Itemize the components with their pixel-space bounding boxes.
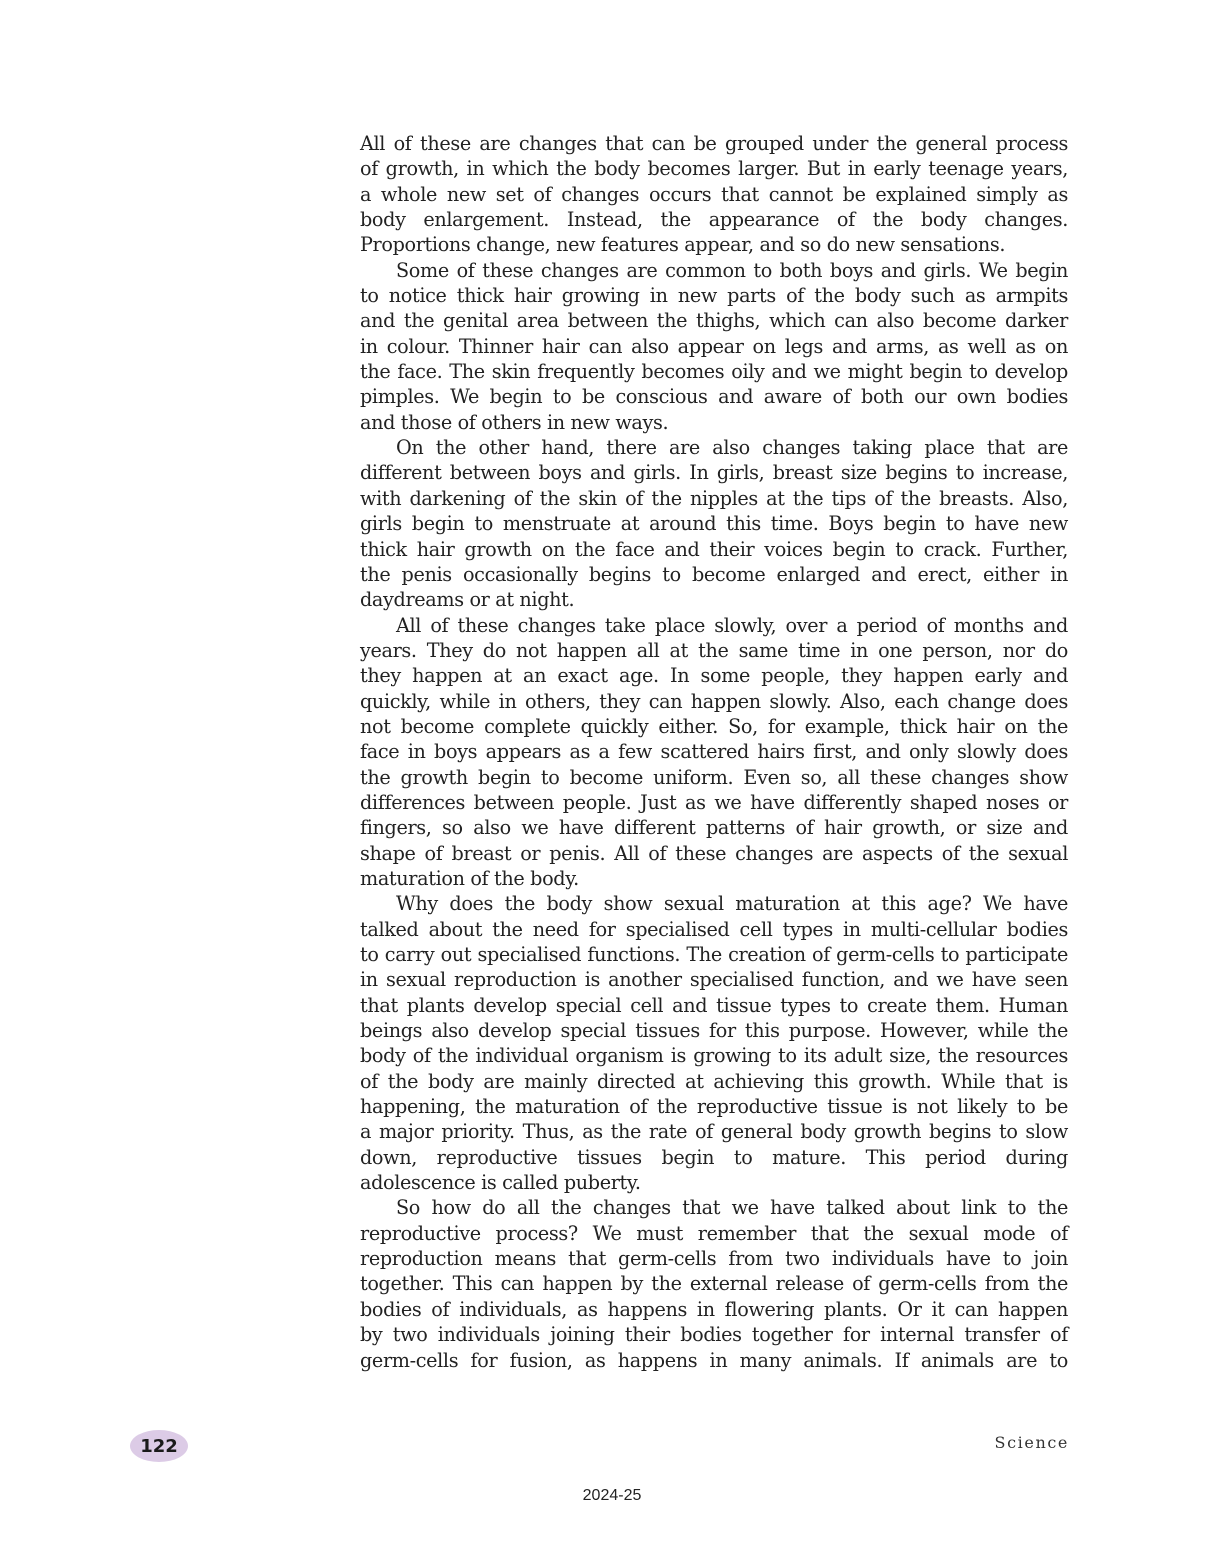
text-line: beings also develop special tissues for … (360, 1018, 1068, 1043)
year-label: 2024-25 (0, 1487, 1224, 1505)
text-line: thick hair growth on the face and their … (360, 537, 1068, 562)
text-line: together. This can happen by the externa… (360, 1271, 1068, 1296)
text-line: shape of breast or penis. All of these c… (360, 841, 1068, 866)
text-line: daydreams or at night. (360, 587, 1068, 612)
text-line: down, reproductive tissues begin to matu… (360, 1145, 1068, 1170)
paragraph: Why does the body show sexual maturation… (360, 891, 1068, 1195)
text-line: germ-cells for fusion, as happens in man… (360, 1348, 1068, 1373)
page-number-badge: 122 (130, 1430, 188, 1462)
running-head: Science (995, 1433, 1069, 1452)
text-line: pimples. We begin to be conscious and aw… (360, 384, 1068, 409)
text-line: the face. The skin frequently becomes oi… (360, 359, 1068, 384)
text-line: reproduction means that germ-cells from … (360, 1246, 1068, 1271)
page-number: 122 (140, 1436, 178, 1457)
text-line: happening, the maturation of the reprodu… (360, 1094, 1068, 1119)
text-line: differences between people. Just as we h… (360, 790, 1068, 815)
text-line: maturation of the body. (360, 866, 1068, 891)
text-line: the penis occasionally begins to become … (360, 562, 1068, 587)
text-line: All of these changes take place slowly, … (360, 613, 1068, 638)
text-line: On the other hand, there are also change… (360, 435, 1068, 460)
text-line: and those of others in new ways. (360, 410, 1068, 435)
body-text: All of these are changes that can be gro… (360, 131, 1068, 1373)
text-line: to notice thick hair growing in new part… (360, 283, 1068, 308)
text-line: with darkening of the skin of the nipple… (360, 486, 1068, 511)
text-line: All of these are changes that can be gro… (360, 131, 1068, 156)
text-line: of the body are mainly directed at achie… (360, 1069, 1068, 1094)
text-line: Proportions change, new features appear,… (360, 232, 1068, 257)
text-line: different between boys and girls. In gir… (360, 460, 1068, 485)
text-line: the growth begin to become uniform. Even… (360, 765, 1068, 790)
text-line: and the genital area between the thighs,… (360, 308, 1068, 333)
text-line: fingers, so also we have different patte… (360, 815, 1068, 840)
paragraph: Some of these changes are common to both… (360, 258, 1068, 435)
text-line: not become complete quickly either. So, … (360, 714, 1068, 739)
text-line: body of the individual organism is growi… (360, 1043, 1068, 1068)
text-line: Some of these changes are common to both… (360, 258, 1068, 283)
text-line: Why does the body show sexual maturation… (360, 891, 1068, 916)
paragraph: All of these changes take place slowly, … (360, 613, 1068, 892)
text-line: a whole new set of changes occurs that c… (360, 182, 1068, 207)
text-line: they happen at an exact age. In some peo… (360, 663, 1068, 688)
textbook-page: All of these are changes that can be gro… (0, 0, 1224, 1559)
text-line: quickly, while in others, they can happe… (360, 689, 1068, 714)
text-line: face in boys appears as a few scattered … (360, 739, 1068, 764)
paragraph: So how do all the changes that we have t… (360, 1195, 1068, 1372)
text-line: a major priority. Thus, as the rate of g… (360, 1119, 1068, 1144)
text-line: years. They do not happen all at the sam… (360, 638, 1068, 663)
text-line: in sexual reproduction is another specia… (360, 967, 1068, 992)
text-line: talked about the need for specialised ce… (360, 917, 1068, 942)
paragraph: All of these are changes that can be gro… (360, 131, 1068, 258)
text-line: reproductive process? We must remember t… (360, 1221, 1068, 1246)
paragraph: On the other hand, there are also change… (360, 435, 1068, 612)
text-line: body enlargement. Instead, the appearanc… (360, 207, 1068, 232)
text-line: adolescence is called puberty. (360, 1170, 1068, 1195)
text-line: to carry out specialised functions. The … (360, 942, 1068, 967)
text-line: girls begin to menstruate at around this… (360, 511, 1068, 536)
text-line: by two individuals joining their bodies … (360, 1322, 1068, 1347)
text-line: bodies of individuals, as happens in flo… (360, 1297, 1068, 1322)
text-line: So how do all the changes that we have t… (360, 1195, 1068, 1220)
text-line: of growth, in which the body becomes lar… (360, 156, 1068, 181)
text-line: in colour. Thinner hair can also appear … (360, 334, 1068, 359)
text-line: that plants develop special cell and tis… (360, 993, 1068, 1018)
